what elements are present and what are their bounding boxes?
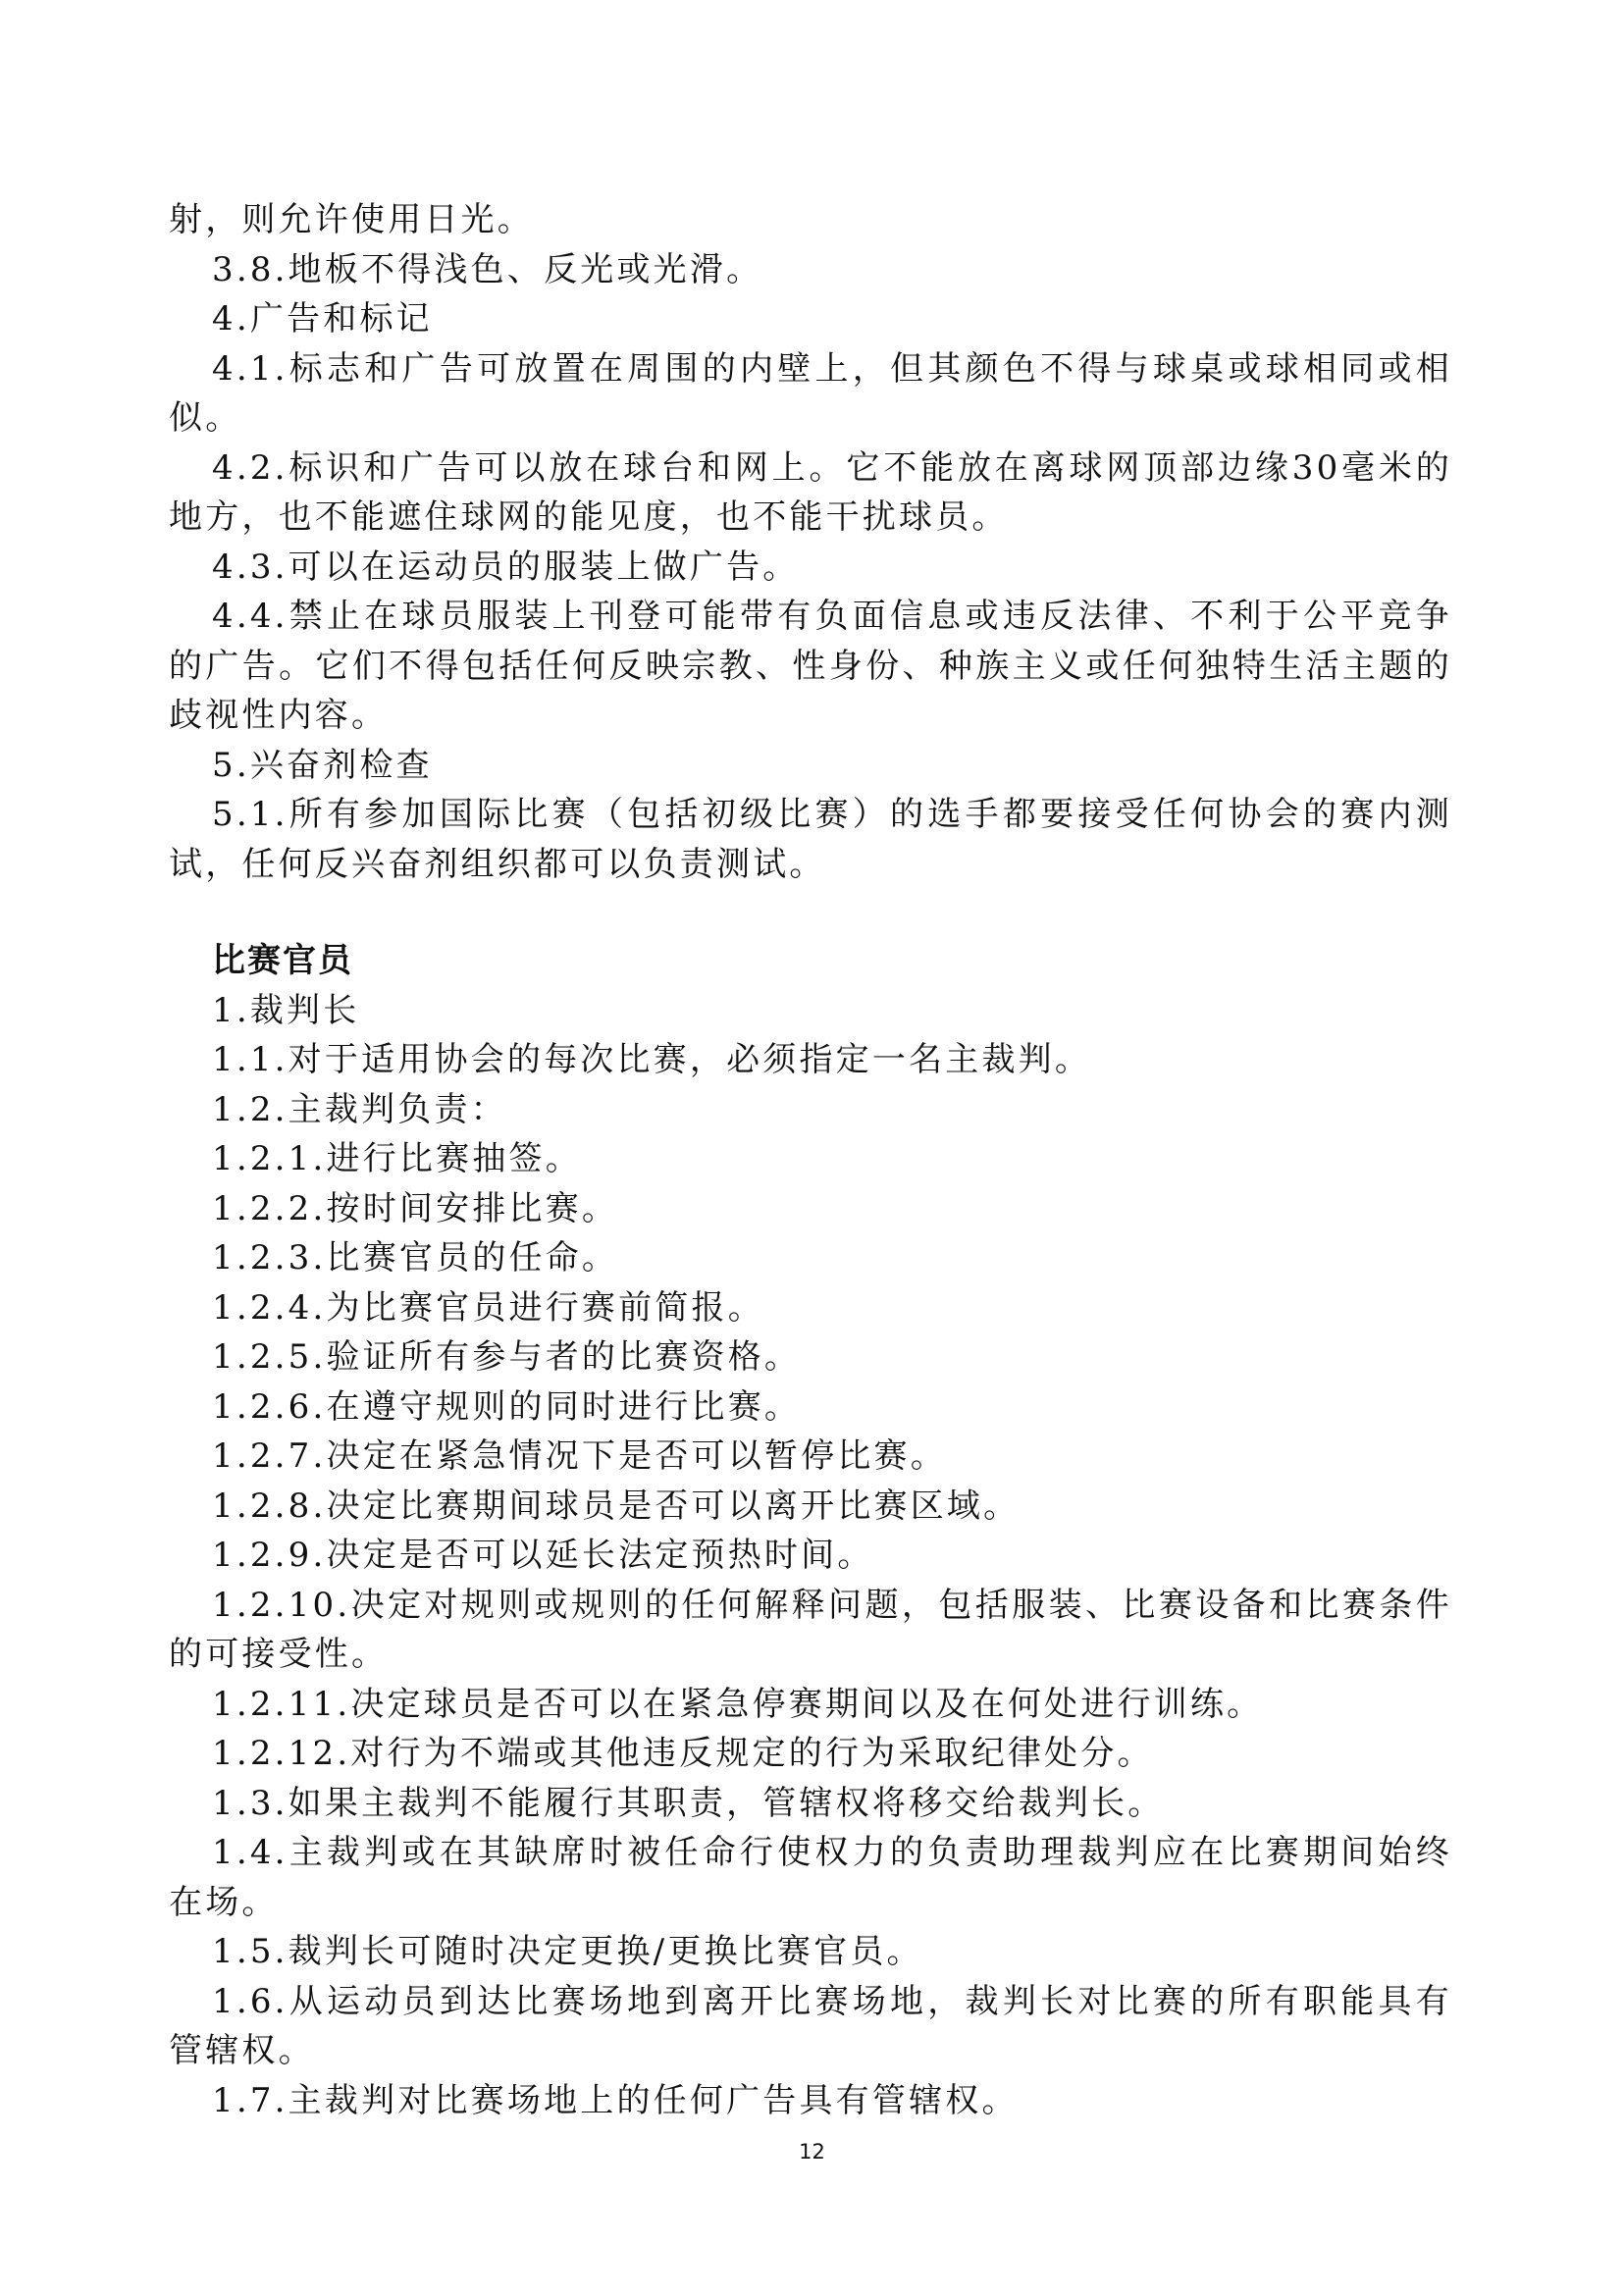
- item-1-3: 1.3.如果主裁判不能履行其职责，管辖权将移交给裁判长。: [169, 1779, 1452, 1829]
- item-1-2-3: 1.2.3.比赛官员的任命。: [169, 1233, 1452, 1283]
- item-1: 1.裁判长: [169, 986, 1452, 1036]
- item-1-2-1: 1.2.1.进行比赛抽签。: [169, 1134, 1452, 1184]
- paragraph-4-1: 4.1.标志和广告可放置在周围的内壁上，但其颜色不得与球桌或球相同或相似。: [169, 344, 1452, 443]
- section-5-title: 5.兴奋剂检查: [169, 741, 1452, 791]
- item-1-2-7: 1.2.7.决定在紧急情况下是否可以暂停比赛。: [169, 1432, 1452, 1482]
- page-number: 12: [0, 2140, 1624, 2164]
- item-1-2-12: 1.2.12.对行为不端或其他违反规定的行为采取纪律处分。: [169, 1729, 1452, 1779]
- item-1-2-2: 1.2.2.按时间安排比赛。: [169, 1184, 1452, 1234]
- item-1-2-10: 1.2.10.决定对规则或规则的任何解释问题，包括服装、比赛设备和比赛条件的可接…: [169, 1581, 1452, 1680]
- item-1-2-6: 1.2.6.在遵守规则的同时进行比赛。: [169, 1382, 1452, 1433]
- item-1-1: 1.1.对于适用协会的每次比赛，必须指定一名主裁判。: [169, 1035, 1452, 1085]
- item-1-2-4: 1.2.4.为比赛官员进行赛前简报。: [169, 1283, 1452, 1333]
- section-4-title: 4.广告和标记: [169, 294, 1452, 344]
- item-1-2-9: 1.2.9.决定是否可以延长法定预热时间。: [169, 1531, 1452, 1581]
- paragraph-4-2: 4.2.标识和广告可以放在球台和网上。它不能放在离球网顶部边缘30毫米的地方，也…: [169, 443, 1452, 543]
- item-1-2: 1.2.主裁判负责：: [169, 1085, 1452, 1135]
- item-1-4: 1.4.主裁判或在其缺席时被任命行使权力的负责助理裁判应在比赛期间始终在场。: [169, 1828, 1452, 1927]
- section-heading-officials: 比赛官员: [169, 936, 1452, 986]
- item-1-2-5: 1.2.5.验证所有参与者的比赛资格。: [169, 1332, 1452, 1382]
- item-1-5: 1.5.裁判长可随时决定更换/更换比赛官员。: [169, 1927, 1452, 1977]
- paragraph-5-1: 5.1.所有参加国际比赛（包括初级比赛）的选手都要接受任何协会的赛内测试，任何反…: [169, 790, 1452, 889]
- document-page: 射，则允许使用日光。 3.8.地板不得浅色、反光或光滑。 4.广告和标记 4.1…: [169, 195, 1452, 2125]
- paragraph-3-8: 3.8.地板不得浅色、反光或光滑。: [169, 245, 1452, 295]
- paragraph-4-3: 4.3.可以在运动员的服装上做广告。: [169, 543, 1452, 593]
- paragraph-4-4: 4.4.禁止在球员服装上刊登可能带有负面信息或违反法律、不利于公平竞争的广告。它…: [169, 592, 1452, 741]
- paragraph-continuation: 射，则允许使用日光。: [169, 195, 1452, 245]
- item-1-7: 1.7.主裁判对比赛场地上的任何广告具有管辖权。: [169, 2076, 1452, 2126]
- item-1-6: 1.6.从运动员到达比赛场地到离开比赛场地，裁判长对比赛的所有职能具有管辖权。: [169, 1977, 1452, 2076]
- item-1-2-8: 1.2.8.决定比赛期间球员是否可以离开比赛区域。: [169, 1482, 1452, 1532]
- item-1-2-11: 1.2.11.决定球员是否可以在紧急停赛期间以及在何处进行训练。: [169, 1680, 1452, 1730]
